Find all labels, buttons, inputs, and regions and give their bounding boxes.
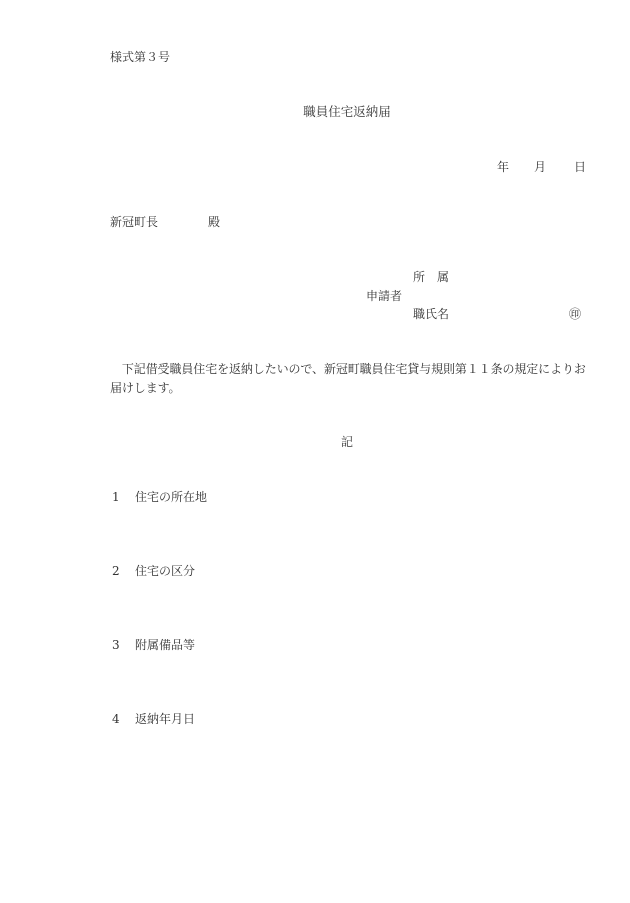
month-label: 月 [534, 160, 574, 174]
item-number: 3 [112, 638, 135, 652]
affiliation-label: 所 属 [413, 270, 449, 284]
item-label: 住宅の所在地 [135, 490, 207, 504]
form-number: 様式第３号 [110, 50, 170, 64]
item-number: 2 [112, 564, 135, 578]
addressee: 新冠町長 殿 [110, 215, 220, 229]
day-label: 日 [574, 160, 586, 174]
year-label: 年 [497, 160, 534, 174]
seal-icon: ㊞ [569, 307, 581, 321]
item-number: 1 [112, 490, 135, 504]
date-line: 年 月 日 [497, 160, 586, 174]
list-item: 3 附属備品等 [112, 638, 195, 652]
item-label: 返納年月日 [135, 712, 195, 726]
list-item: 4 返納年月日 [112, 712, 195, 726]
item-label: 住宅の区分 [135, 564, 195, 578]
record-heading: 記 [341, 435, 353, 449]
staff-name-label: 職氏名 [413, 307, 449, 321]
addressee-honorific: 殿 [208, 215, 220, 229]
item-label: 附属備品等 [135, 638, 195, 652]
list-item: 2 住宅の区分 [112, 564, 195, 578]
item-number: 4 [112, 712, 135, 726]
applicant-label: 申請者 [366, 289, 402, 303]
list-item: 1 住宅の所在地 [112, 490, 207, 504]
body-paragraph: 下記借受職員住宅を返納したいので、新冠町職員住宅貸与規則第１１条の規定によりお届… [110, 360, 586, 398]
addressee-name: 新冠町長 [110, 215, 208, 229]
document-title: 職員住宅返納届 [0, 105, 630, 119]
